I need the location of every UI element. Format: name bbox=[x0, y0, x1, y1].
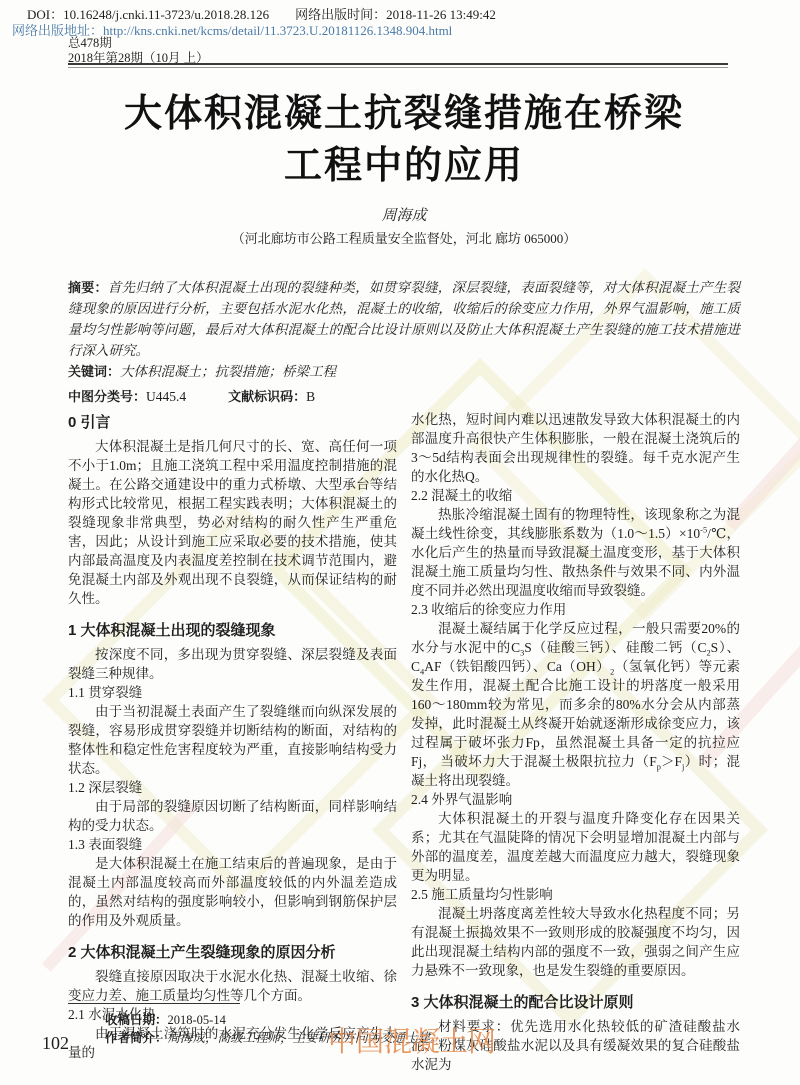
paragraph: 混凝土坍落度离差性较大导致水化热程度不同；另有混凝土振捣效果不一致则形成的胶凝强… bbox=[411, 904, 740, 980]
author-affiliation: （河北廊坊市公路工程质量安全监督处，河北 廊坊 065000） bbox=[68, 228, 740, 247]
paper-title-line1: 大体积混凝土抗裂缝措施在桥梁 bbox=[68, 88, 740, 140]
footnote-divider bbox=[68, 1003, 240, 1004]
section-heading-2: 2 大体积混凝土产生裂缝现象的原因分析 bbox=[68, 942, 397, 963]
doc-code-value: B bbox=[306, 389, 315, 404]
subsection-heading-1-1: 1.1 贯穿裂缝 bbox=[68, 683, 397, 702]
paragraph: 由于当初混凝土表面产生了裂缝继而向纵深发展的裂缝，容易形成贯穿裂缝并切断结构的断… bbox=[68, 702, 397, 778]
right-column: 水化热，短时间内难以迅速散发导致大体积混凝土的内部温度升高很快产生体积膨胀，一般… bbox=[411, 410, 740, 1074]
author-bio-label: 作者简介： bbox=[105, 1031, 168, 1045]
site-watermark-text: 中国混凝土网 bbox=[328, 1020, 496, 1060]
paragraph: 裂缝直接原因取决于水泥水化热、混凝土收缩、徐变应力差、施工质量均匀性等几个方面。 bbox=[68, 967, 397, 1005]
header-rule-thin bbox=[68, 67, 728, 68]
section-heading-1: 1 大体积混凝土出现的裂缝现象 bbox=[68, 620, 397, 641]
header-rule-thick bbox=[68, 63, 728, 65]
section-heading-3: 3 大体积混凝土的配合比设计原则 bbox=[411, 992, 740, 1013]
clc-label: 中图分类号： bbox=[68, 389, 146, 404]
abstract-text: 首先归纳了大体积混凝土出现的裂缝种类，如贯穿裂缝，深层裂缝，表面裂缝等，对大体积… bbox=[68, 280, 740, 358]
subsection-heading-2-3: 2.3 收缩后的徐变应力作用 bbox=[411, 600, 740, 619]
keywords: 关键词：大体积混凝土；抗裂措施；桥梁工程 bbox=[68, 361, 740, 382]
paragraph: 按深度不同，多出现为贯穿裂缝、深层裂缝及表面裂缝三种规律。 bbox=[68, 645, 397, 683]
paragraph: 大体积混凝土的开裂与温度升降变化存在因果关系；尤其在气温陡降的情况下会明显增加混… bbox=[411, 809, 740, 885]
received-date-line: 收稿日期：2018-05-14 bbox=[105, 1010, 226, 1028]
paragraph: 是大体积混凝土在施工结束后的普遍现象，是由于混凝土内部温度较高而外部温度较低的内… bbox=[68, 854, 397, 930]
subsection-heading-2-4: 2.4 外界气温影响 bbox=[411, 790, 740, 809]
doc-code-label: 文献标识码： bbox=[228, 389, 306, 404]
page-number: 102 bbox=[42, 1033, 69, 1054]
subsection-heading-2-5: 2.5 施工质量均匀性影响 bbox=[411, 885, 740, 904]
paragraph-continuation: 水化热，短时间内难以迅速散发导致大体积混凝土的内部温度升高很快产生体积膨胀，一般… bbox=[411, 410, 740, 486]
abstract-label: 摘要： bbox=[68, 280, 108, 295]
paragraph: 由于局部的裂缝原因切断了结构断面，同样影响结构的受力状态。 bbox=[68, 797, 397, 835]
paper-title: 大体积混凝土抗裂缝措施在桥梁 工程中的应用 bbox=[68, 88, 740, 192]
subsection-heading-2-2: 2.2 混凝土的收缩 bbox=[411, 486, 740, 505]
received-date-label: 收稿日期： bbox=[105, 1013, 168, 1027]
paper-meta: 摘要：首先归纳了大体积混凝土出现的裂缝种类，如贯穿裂缝，深层裂缝，表面裂缝等，对… bbox=[68, 277, 740, 407]
classification-line: 中图分类号：U445.4文献标识码：B bbox=[68, 386, 740, 407]
keywords-label: 关键词： bbox=[68, 364, 120, 379]
paragraph: 热胀冷缩混凝土固有的物理特性，该现象称之为混凝土线性徐变，其线膨胀系数为（1.0… bbox=[411, 505, 740, 600]
keywords-text: 大体积混凝土；抗裂措施；桥梁工程 bbox=[120, 364, 336, 379]
author-name: 周海成 bbox=[68, 204, 740, 225]
subsection-heading-1-3: 1.3 表面裂缝 bbox=[68, 835, 397, 854]
subsection-heading-1-2: 1.2 深层裂缝 bbox=[68, 778, 397, 797]
received-date-value: 2018-05-14 bbox=[168, 1013, 226, 1027]
paragraph: 大体积混凝土是指几何尺寸的长、宽、高任何一项不小于1.0m；且施工浇筑工程中采用… bbox=[68, 437, 397, 608]
section-heading-0: 0 引言 bbox=[68, 412, 397, 433]
paragraph: 混凝土凝结属于化学反应过程，一般只需要20%的水分与水泥中的C3S（硅酸三钙）、… bbox=[411, 619, 740, 790]
body-columns: 0 引言 大体积混凝土是指几何尺寸的长、宽、高任何一项不小于1.0m；且施工浇筑… bbox=[68, 410, 740, 1074]
paper-page: DOI：10.16248/j.cnki.11-3723/u.2018.28.12… bbox=[0, 0, 800, 1085]
paper-title-line2: 工程中的应用 bbox=[68, 140, 740, 192]
clc-value: U445.4 bbox=[146, 389, 186, 404]
abstract: 摘要：首先归纳了大体积混凝土出现的裂缝种类，如贯穿裂缝，深层裂缝，表面裂缝等，对… bbox=[68, 277, 740, 361]
left-column: 0 引言 大体积混凝土是指几何尺寸的长、宽、高任何一项不小于1.0m；且施工浇筑… bbox=[68, 410, 397, 1074]
